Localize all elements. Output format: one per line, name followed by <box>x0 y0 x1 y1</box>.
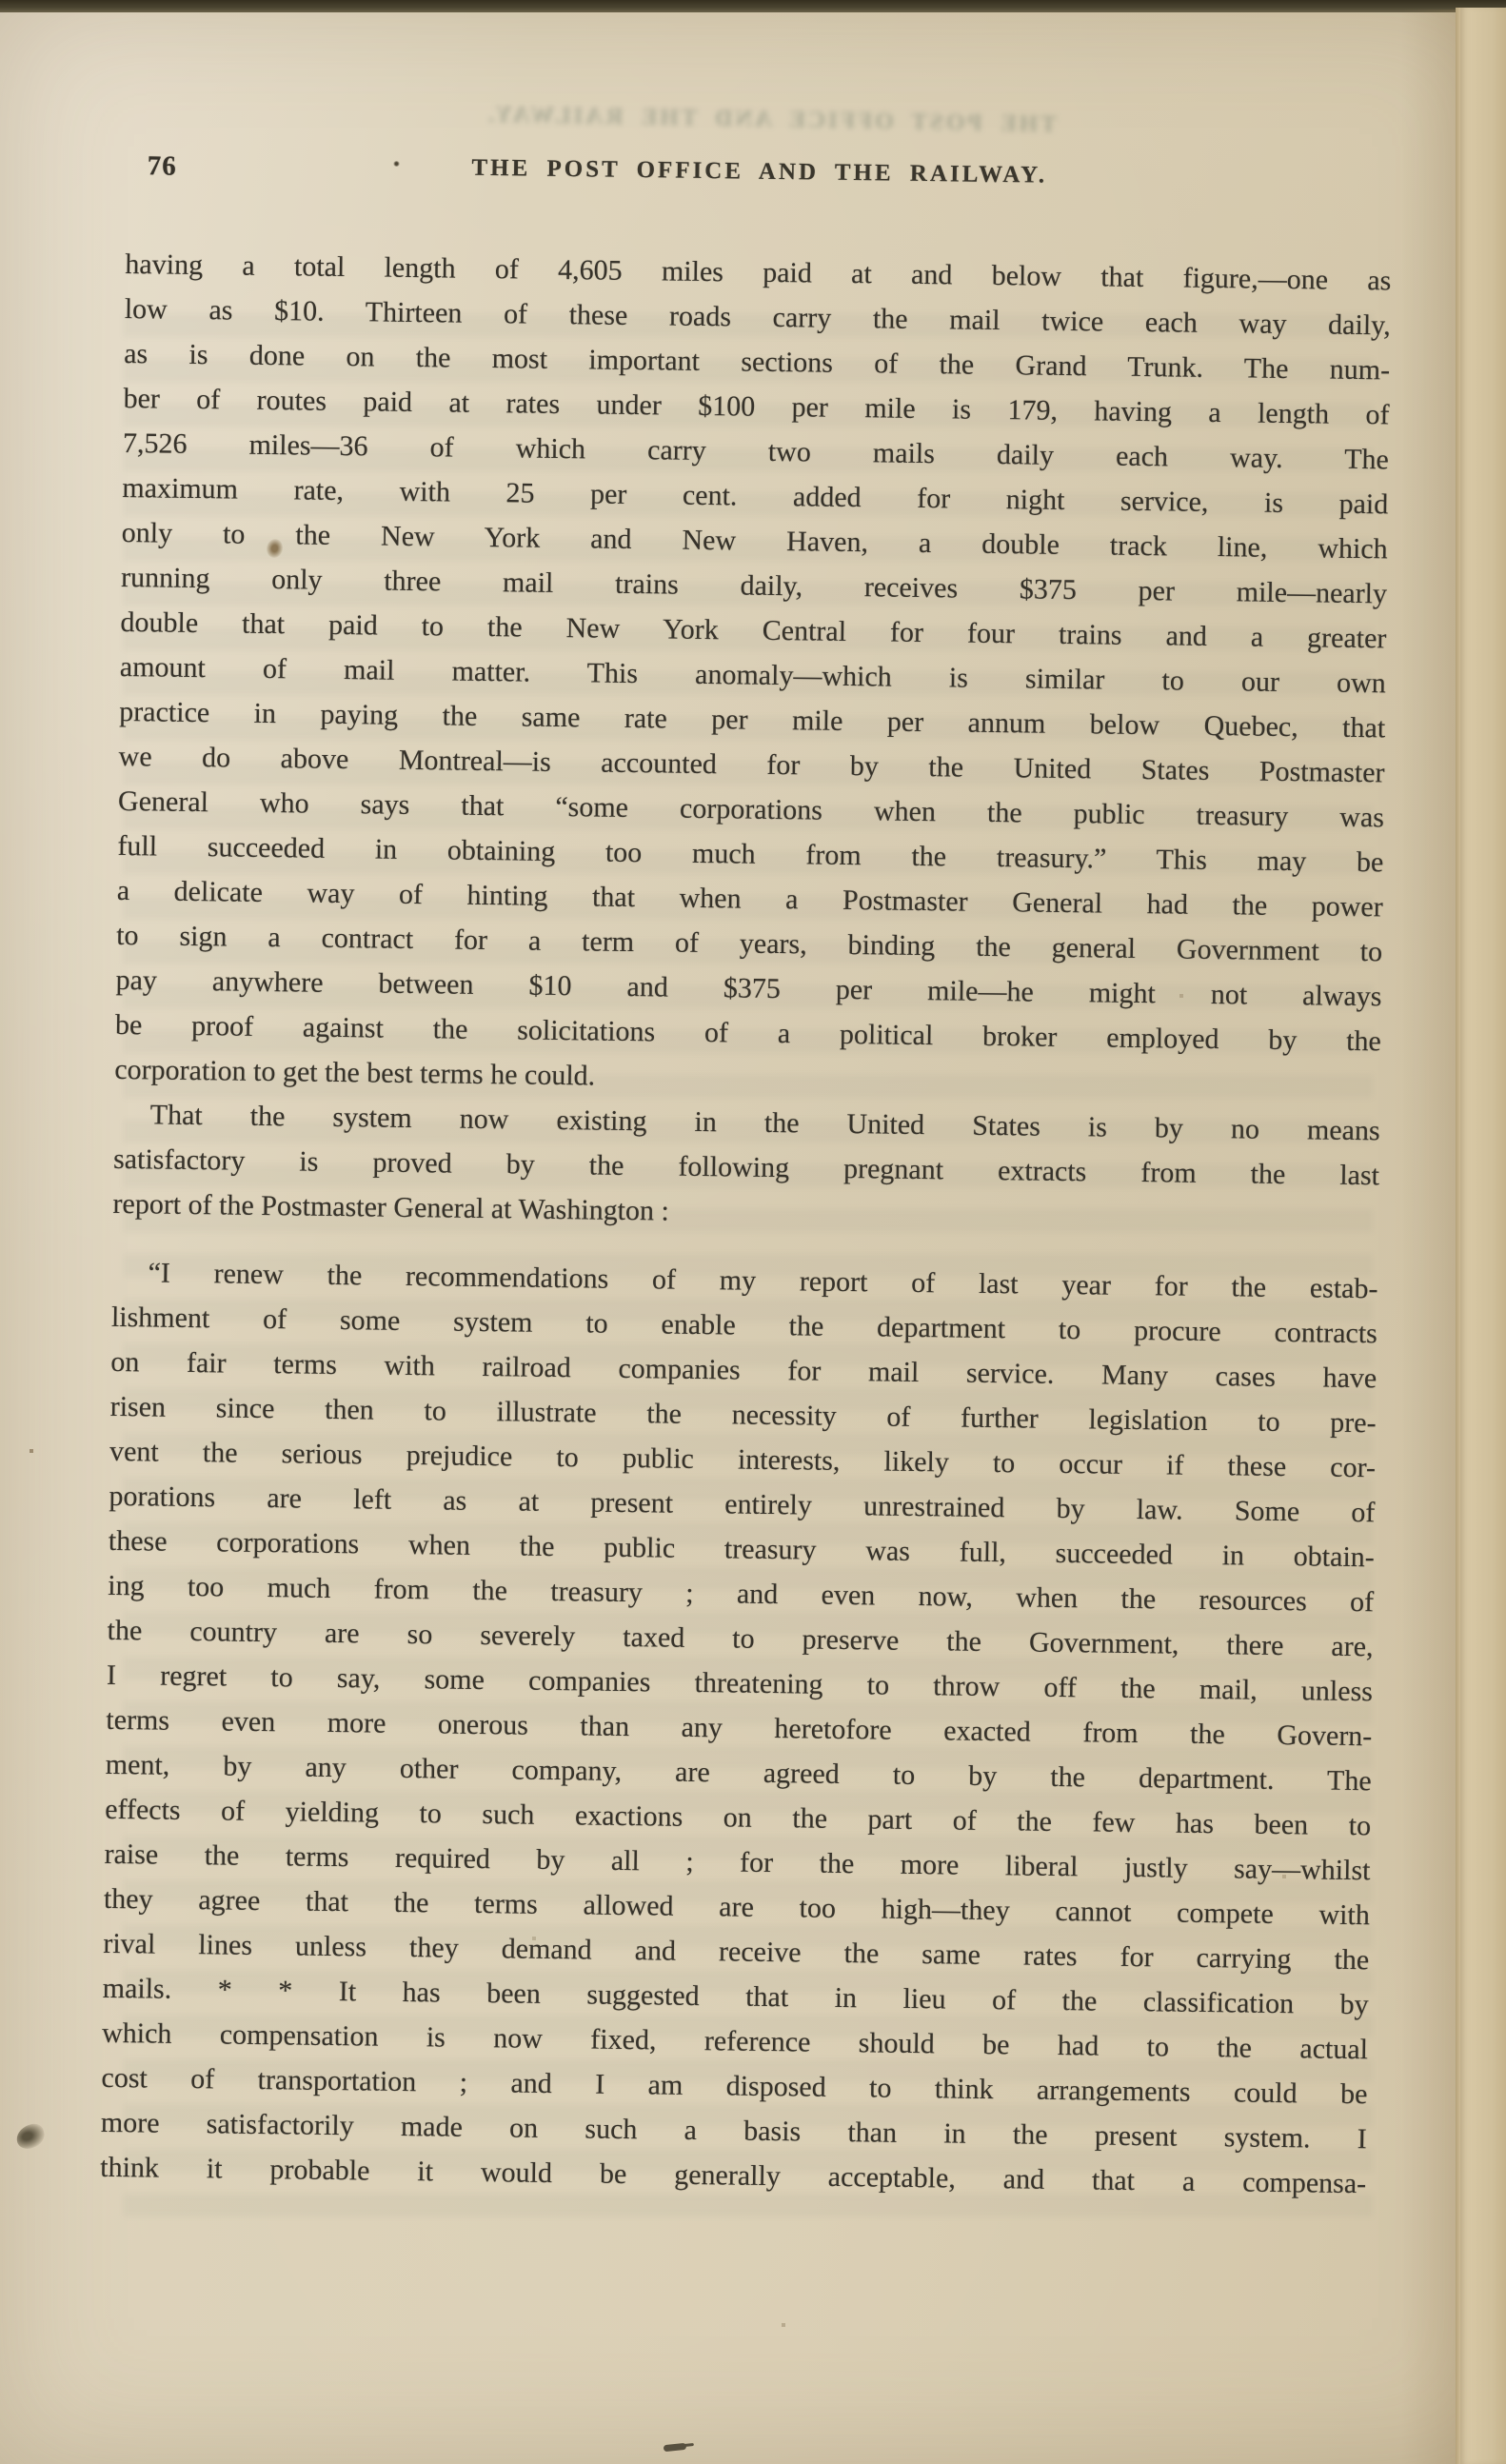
running-header: THE POST OFFICE AND THE RAILWAY. <box>127 150 1393 193</box>
page-curl-shadow <box>1401 10 1458 2464</box>
ink-speck <box>393 161 400 167</box>
binding-edge-strip <box>0 0 1506 12</box>
page-content: 76 THE POST OFFICE AND THE RAILWAY. havi… <box>100 150 1393 2206</box>
pen-mark <box>664 2443 687 2452</box>
book-page-scan: THE POST OFFICE AND THE RAILWAY. 76 THE … <box>0 0 1506 2464</box>
paragraph: having a total length of 4,605 miles pai… <box>114 242 1392 1108</box>
next-page-edge <box>1460 8 1506 2464</box>
margin-smudge <box>13 2121 48 2152</box>
paragraph: That the system now existing in the Unit… <box>112 1092 1380 1242</box>
verso-header-show-through: THE POST OFFICE AND THE RAILWAY. <box>343 99 1199 141</box>
page-number: 76 <box>148 150 177 182</box>
paper-specks <box>0 0 2 2</box>
paragraph-quote: “I renew the recommendations of my repor… <box>100 1250 1378 2206</box>
body-text: having a total length of 4,605 miles pai… <box>100 242 1392 2206</box>
page-header: 76 THE POST OFFICE AND THE RAILWAY. <box>126 150 1392 207</box>
